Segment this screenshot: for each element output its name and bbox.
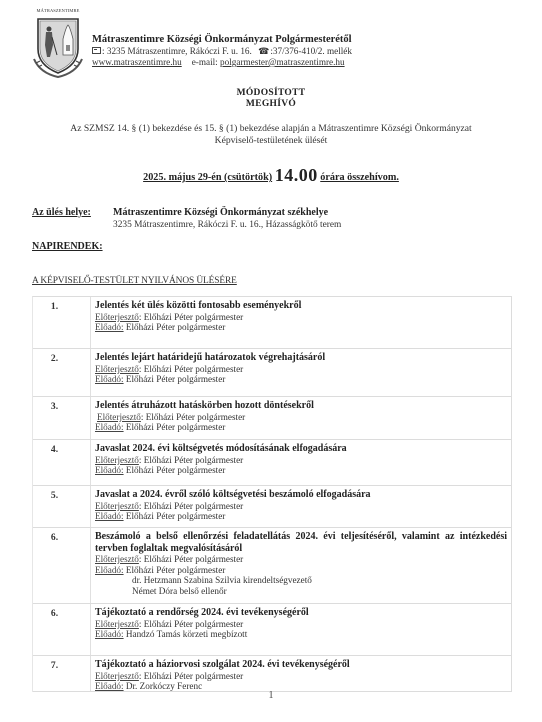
agenda-item-number: 5. <box>33 486 91 527</box>
agenda-item: 6.Tájékoztató a rendőrség 2024. évi tevé… <box>33 604 511 656</box>
web-line: www.matraszentimre.hue-mail: polgarmeste… <box>92 57 352 68</box>
title-line-2: MEGHÍVÓ <box>0 99 542 110</box>
document-page: MÁTRASZENTIMRE Mátraszentimre Községi Ön… <box>0 0 542 722</box>
email-link[interactable]: polgarmester@matraszentimre.hu <box>220 57 345 67</box>
agenda-item-title: Jelentés lejárt határidejű határozatok v… <box>95 352 507 364</box>
location-address: 3235 Mátraszentimre, Rákóczi F. u. 16., … <box>113 220 341 230</box>
location-label: Az ülés helye: <box>32 207 91 218</box>
speaker-line: Előadó: Előházi Péter polgármester <box>95 565 507 576</box>
presenter-label: Előterjesztő <box>95 554 139 564</box>
presenter-line: Előterjesztő: Előházi Péter polgármester <box>95 554 507 565</box>
phone-text: :37/376-410/2. mellék <box>270 46 352 56</box>
agenda-item-title: Javaslat 2024. évi költségvetés módosítá… <box>95 443 507 455</box>
agenda-item: 7.Tájékoztató a háziorvosi szolgálat 202… <box>33 656 511 692</box>
presenter-name: Előházi Péter polgármester <box>144 364 244 374</box>
agenda-item-title: Tájékoztató a háziorvosi szolgálat 2024.… <box>95 659 507 671</box>
speaker-name: Előházi Péter polgármester <box>126 565 226 575</box>
agenda-item-content: Jelentés lejárt határidejű határozatok v… <box>91 349 511 396</box>
presenter-label: Előterjesztő <box>95 619 139 629</box>
agenda-item-number: 2. <box>33 349 91 396</box>
coat-of-arms-logo: MÁTRASZENTIMRE <box>30 8 86 82</box>
presenter-label: Előterjesztő <box>95 455 139 465</box>
address-text: : 3235 Mátraszentimre, Rákóczi F. u. 16. <box>102 46 252 56</box>
agenda-item-content: Beszámoló a belső ellenőrzési feladatell… <box>91 528 511 603</box>
agenda-item-number: 3. <box>33 397 91 439</box>
speaker-line: Előadó: Előházi Péter polgármester <box>95 422 507 433</box>
agenda-item-content: Jelentés átruházott hatáskörben hozott d… <box>91 397 511 439</box>
speaker-line: Előadó: Előházi Péter polgármester <box>95 511 507 522</box>
presenter-label: Előterjesztő <box>95 364 139 374</box>
agenda-item-content: Javaslat 2024. évi költségvetés módosítá… <box>91 440 511 485</box>
presenter-line: Előterjesztő: Előházi Péter polgármester <box>95 412 507 423</box>
additional-speaker: Német Dóra belső ellenőr <box>95 586 507 597</box>
presenter-line: Előterjesztő: Előházi Péter polgármester <box>95 455 507 466</box>
agenda-item-number: 4. <box>33 440 91 485</box>
speaker-name: Előházi Péter polgármester <box>126 322 226 332</box>
agenda-item-number: 6. <box>33 528 91 603</box>
agenda-item: 1.Jelentés két ülés közötti fontosabb es… <box>33 297 511 349</box>
title-line-1: MÓDOSÍTOTT <box>0 88 542 99</box>
speaker-name: Előházi Péter polgármester <box>126 465 226 475</box>
section-heading: A KÉPVISELŐ-TESTÜLET NYILVÁNOS ÜLÉSÉRE <box>32 276 237 286</box>
telephone-icon: ☎ <box>258 46 269 56</box>
agenda-item-content: Tájékoztató a háziorvosi szolgálat 2024.… <box>91 656 511 691</box>
intro-line-2: Képviselő-testületének ülését <box>0 135 542 147</box>
speaker-line: Előadó: Előházi Péter polgármester <box>95 322 507 333</box>
agenda-item: 6.Beszámoló a belső ellenőrzési feladate… <box>33 528 511 604</box>
presenter-label: Előterjesztő <box>95 671 139 681</box>
logo-caption: MÁTRASZENTIMRE <box>30 8 86 13</box>
meeting-date: 2025. május 29-én (csütörtök) <box>143 172 272 183</box>
intro-paragraph: Az SZMSZ 14. § (1) bekezdése és 15. § (1… <box>0 123 542 147</box>
agenda-item: 5.Javaslat a 2024. évről szóló költségve… <box>33 486 511 528</box>
presenter-name: Előházi Péter polgármester <box>144 619 244 629</box>
convening-statement: 2025. május 29-én (csütörtök) 14.00 órár… <box>0 164 542 185</box>
envelope-icon <box>92 47 101 54</box>
agenda-item-content: Tájékoztató a rendőrség 2024. évi tevéke… <box>91 604 511 655</box>
speaker-line: Előadó: Előházi Péter polgármester <box>95 465 507 476</box>
speaker-name: Előházi Péter polgármester <box>126 374 226 384</box>
presenter-label: Előterjesztő <box>95 501 139 511</box>
agenda-item-title: Javaslat a 2024. évről szóló költségveté… <box>95 489 507 501</box>
location-name: Mátraszentimre Községi Önkormányzat szék… <box>113 207 328 218</box>
presenter-line: Előterjesztő: Előházi Péter polgármester <box>95 671 507 682</box>
organization-name: Mátraszentimre Községi Önkormányzat Polg… <box>92 34 352 46</box>
website-link[interactable]: www.matraszentimre.hu <box>92 57 182 67</box>
presenter-label: Előterjesztő <box>97 412 141 422</box>
speaker-name: Előházi Péter polgármester <box>126 422 226 432</box>
presenter-label: Előterjesztő <box>95 312 139 322</box>
speaker-label: Előadó: <box>95 511 124 521</box>
presenter-name: Előházi Péter polgármester <box>146 412 246 422</box>
convening-suffix: órára összehívom. <box>320 172 399 183</box>
agenda-item-title: Jelentés két ülés közötti fontosabb esem… <box>95 300 507 312</box>
presenter-name: Előházi Péter polgármester <box>144 312 244 322</box>
speaker-label: Előadó: <box>95 322 124 332</box>
intro-line-1: Az SZMSZ 14. § (1) bekezdése és 15. § (1… <box>0 123 542 135</box>
speaker-label: Előadó: <box>95 465 124 475</box>
presenter-name: Előházi Péter polgármester <box>144 455 244 465</box>
agenda-item: 4.Javaslat 2024. évi költségvetés módosí… <box>33 440 511 486</box>
presenter-name: Előházi Péter polgármester <box>144 671 244 681</box>
presenter-line: Előterjesztő: Előházi Péter polgármester <box>95 501 507 512</box>
additional-speaker: dr. Hetzmann Szabina Szilvia kirendeltsé… <box>95 575 507 586</box>
page-number: 1 <box>0 690 542 701</box>
agenda-item-number: 7. <box>33 656 91 691</box>
agenda-item-title: Tájékoztató a rendőrség 2024. évi tevéke… <box>95 607 507 619</box>
presenter-line: Előterjesztő: Előházi Péter polgármester <box>95 619 507 630</box>
email-label: e-mail: <box>192 57 218 67</box>
agenda-item-title: Beszámoló a belső ellenőrzési feladatell… <box>95 531 507 554</box>
speaker-line: Előadó: Előházi Péter polgármester <box>95 374 507 385</box>
speaker-line: Előadó: Handzó Tamás körzeti megbízott <box>95 629 507 640</box>
contact-line: : 3235 Mátraszentimre, Rákóczi F. u. 16.… <box>92 46 352 57</box>
speaker-name: Előházi Péter polgármester <box>126 511 226 521</box>
presenter-name: Előházi Péter polgármester <box>144 501 244 511</box>
meeting-time: 14.00 <box>275 165 318 185</box>
speaker-label: Előadó: <box>95 629 124 639</box>
shield-icon <box>30 15 86 81</box>
agenda-item: 2.Jelentés lejárt határidejű határozatok… <box>33 349 511 397</box>
speaker-label: Előadó: <box>95 374 124 384</box>
agenda-item-title: Jelentés átruházott hatáskörben hozott d… <box>95 400 507 412</box>
speaker-name: Handzó Tamás körzeti megbízott <box>126 629 247 639</box>
agenda-heading: NAPIRENDEK: <box>32 241 103 252</box>
agenda-item: 3.Jelentés átruházott hatáskörben hozott… <box>33 397 511 440</box>
speaker-label: Előadó: <box>95 422 124 432</box>
letterhead: Mátraszentimre Községi Önkormányzat Polg… <box>92 34 352 68</box>
agenda-item-number: 1. <box>33 297 91 348</box>
speaker-label: Előadó: <box>95 565 124 575</box>
document-title: MÓDOSÍTOTT MEGHÍVÓ <box>0 88 542 110</box>
agenda-item-content: Jelentés két ülés közötti fontosabb esem… <box>91 297 511 348</box>
presenter-line: Előterjesztő: Előházi Péter polgármester <box>95 312 507 323</box>
agenda-item-content: Javaslat a 2024. évről szóló költségveté… <box>91 486 511 527</box>
presenter-name: Előházi Péter polgármester <box>144 554 244 564</box>
agenda-table: 1.Jelentés két ülés közötti fontosabb es… <box>32 296 512 692</box>
agenda-item-number: 6. <box>33 604 91 655</box>
presenter-line: Előterjesztő: Előházi Péter polgármester <box>95 364 507 375</box>
